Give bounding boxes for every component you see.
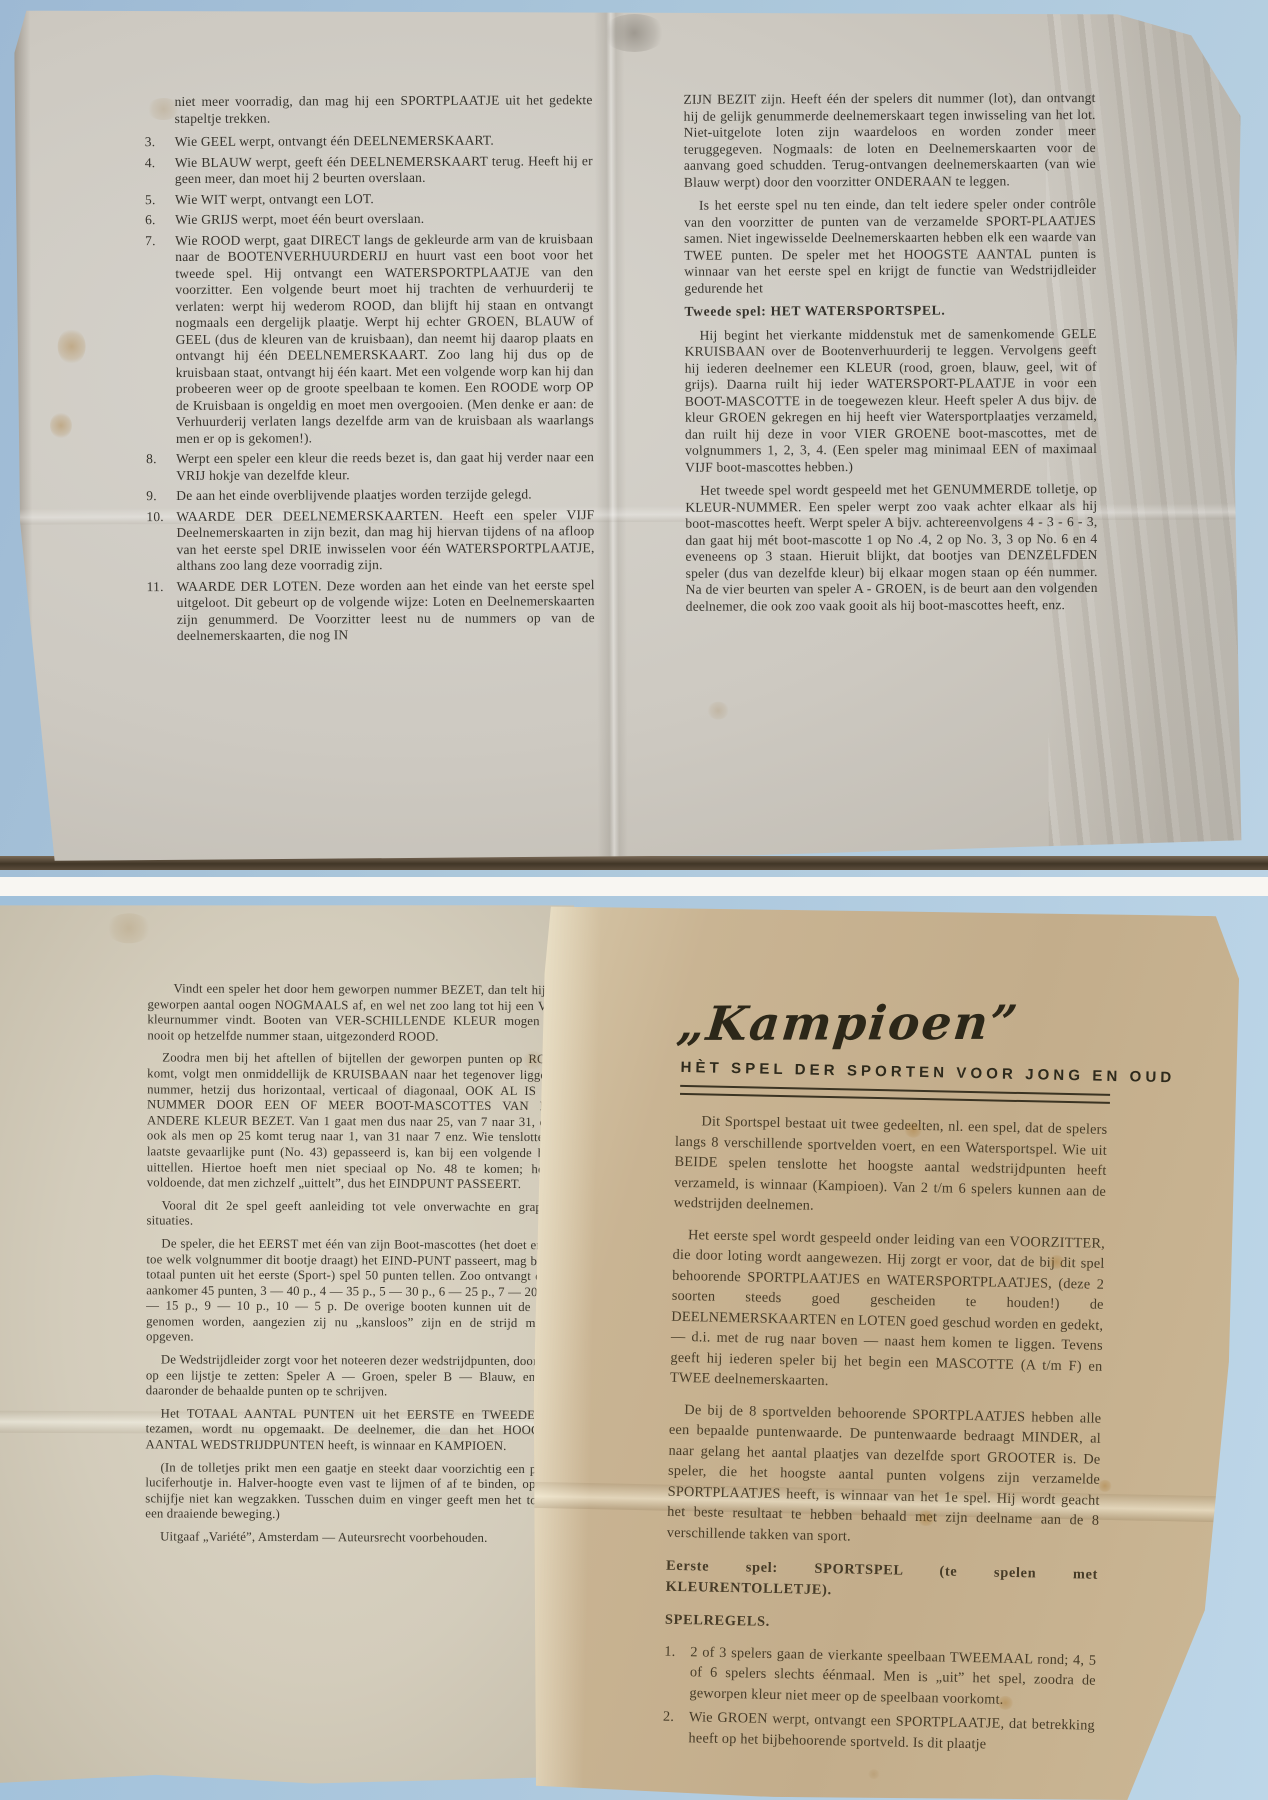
paper-inner-spread: niet meer voorradig, dan mag hij een SPO… — [14, 5, 1244, 862]
paper-stain — [106, 913, 152, 943]
paper-back-page: Vindt een speler het door hem geworpen n… — [0, 903, 580, 1788]
rule-item: 1. 2 of 3 spelers gaan de vierkante spee… — [663, 1641, 1096, 1712]
game-title: „Kampioen” — [675, 996, 1022, 1052]
list-item: 7. Wie ROOD werpt, gaat DIRECT langs de … — [145, 231, 594, 447]
list-item: 3. Wie GEEL werpt, ontvangt één DEELNEME… — [145, 132, 593, 150]
item-text: Werpt een speler een kleur die reeds bez… — [176, 449, 594, 484]
paper-stain — [707, 702, 729, 720]
item-text: Wie GEEL werpt, ontvangt één DEELNEMERSK… — [175, 132, 593, 150]
item-text: Wie BLAUW werpt, geeft één DEELNEMERSKAA… — [175, 153, 593, 188]
item-number: 7. — [145, 232, 176, 447]
photo-top-spread: niet meer voorradig, dan mag hij een SPO… — [0, 0, 1268, 877]
paragraph: Is het eerste spel nu ten einde, dan tel… — [684, 196, 1096, 297]
paragraph: Het tweede spel wordt gespeeld met het G… — [685, 481, 1098, 615]
page-4-text-column: Vindt een speler het door hem geworpen n… — [145, 981, 565, 1553]
item-text: Wie GRIJS werpt, moet één beurt overslaa… — [175, 210, 593, 228]
paragraph: De speler, die het EERST met één van zij… — [146, 1236, 564, 1347]
item-number: 3. — [145, 134, 175, 151]
item-text: 2 of 3 spelers gaan de vierkante speelba… — [689, 1642, 1096, 1712]
item-number: 5. — [145, 191, 175, 208]
paper-stain — [50, 412, 72, 438]
paragraph: Hij begint het vierkante middenstuk met … — [685, 325, 1098, 475]
paper-stain — [147, 98, 181, 120]
paper-cover-page: „Kampioen” HÈT SPEL DER SPORTEN VOOR JON… — [525, 902, 1243, 1800]
paragraph: (In de tolletjes prikt men een gaatje en… — [145, 1460, 563, 1524]
paper-stain — [1098, 1480, 1112, 1492]
section-heading: SPELREGELS. — [665, 1610, 1097, 1640]
rule-item: 2. Wie GROEN werpt, ontvangt een SPORTPL… — [662, 1707, 1095, 1757]
list-item: 5. Wie WIT werpt, ontvangt een LOT. — [145, 190, 593, 208]
item-text: WAARDE DER DEELNEMERSKAARTEN. Heeft een … — [176, 507, 594, 575]
item-text: Wie ROOD werpt, gaat DIRECT langs de gek… — [175, 231, 594, 447]
paragraph: niet meer voorradig, dan mag hij een SPO… — [145, 92, 593, 127]
paragraph: De Wedstrijdleider zorgt voor het noteer… — [146, 1352, 564, 1401]
paragraph: Het TOTAAL AANTAL PUNTEN uit het EERSTE … — [146, 1406, 564, 1455]
center-fold-crease — [594, 8, 628, 860]
paragraph: Zoodra men bij het aftellen of bijtellen… — [147, 1051, 566, 1193]
list-item: 6. Wie GRIJS werpt, moet één beurt overs… — [145, 210, 593, 228]
item-number: 2. — [662, 1707, 689, 1749]
item-text: De aan het einde overblijvende plaatjes … — [176, 486, 594, 504]
page-1-text-column: Dit Sportspel bestaat uit twee gedeelten… — [662, 1111, 1107, 1761]
fold-smudge — [602, 14, 666, 52]
page-3-text-column: ZIJN BEZIT zijn. Heeft één der spelers d… — [684, 90, 1098, 622]
item-number: 11. — [147, 578, 177, 644]
item-number: 1. — [663, 1641, 690, 1703]
paragraph: Het eerste spel wordt gespeeld onder lei… — [670, 1224, 1105, 1397]
colophon: Uitgaaf „Variété”, Amsterdam — Auteursre… — [145, 1529, 563, 1546]
paper-stain — [523, 1051, 543, 1069]
page-2-text-column: niet meer voorradig, dan mag hij een SPO… — [145, 92, 595, 648]
paragraph: De bij de 8 sportvelden behoorende SPORT… — [667, 1399, 1102, 1552]
paragraph: Vindt een speler het door hem geworpen n… — [147, 981, 565, 1045]
item-number: 4. — [145, 154, 175, 187]
game-subtitle: HÈT SPEL DER SPORTEN VOOR JONG EN OUD — [680, 1059, 1175, 1086]
photo-gap — [0, 877, 1268, 896]
paper-stain — [58, 328, 86, 364]
paragraph: Dit Sportspel bestaat uit twee gedeelten… — [674, 1111, 1108, 1223]
item-number: 8. — [146, 451, 176, 484]
paper-stain — [868, 1769, 880, 1779]
list-item: 4. Wie BLAUW werpt, geeft één DEELNEMERS… — [145, 153, 593, 188]
list-item: 10. WAARDE DER DEELNEMERSKAARTEN. Heeft … — [146, 507, 594, 575]
item-number: 6. — [145, 212, 175, 229]
section-heading: Eerste spel: SPORTSPEL (te spelen met KL… — [665, 1556, 1098, 1606]
item-text: WAARDE DER LOTEN. Deze worden aan het ei… — [177, 577, 595, 645]
list-item: 9. De aan het einde overblijvende plaatj… — [146, 486, 594, 504]
paragraph: ZIJN BEZIT zijn. Heeft één der spelers d… — [684, 90, 1096, 191]
section-heading: Tweede spel: HET WATERSPORTSPEL. — [684, 302, 1096, 320]
item-text: Wie GROEN werpt, ontvangt een SPORTPLAAT… — [688, 1707, 1095, 1756]
double-rule — [680, 1085, 1110, 1104]
paper-edge-shadow — [14, 11, 34, 863]
item-number: 9. — [146, 488, 176, 505]
item-text: Wie WIT werpt, ontvangt een LOT. — [175, 190, 593, 208]
item-number: 10. — [146, 508, 176, 574]
paragraph: Vooral dit 2e spel geeft aanleiding tot … — [147, 1198, 565, 1231]
list-item: 8. Werpt een speler een kleur die reeds … — [146, 449, 594, 484]
list-item: 11. WAARDE DER LOTEN. Deze worden aan he… — [147, 577, 595, 645]
photo-bottom-spread: Vindt een speler het door hem geworpen n… — [0, 896, 1268, 1800]
